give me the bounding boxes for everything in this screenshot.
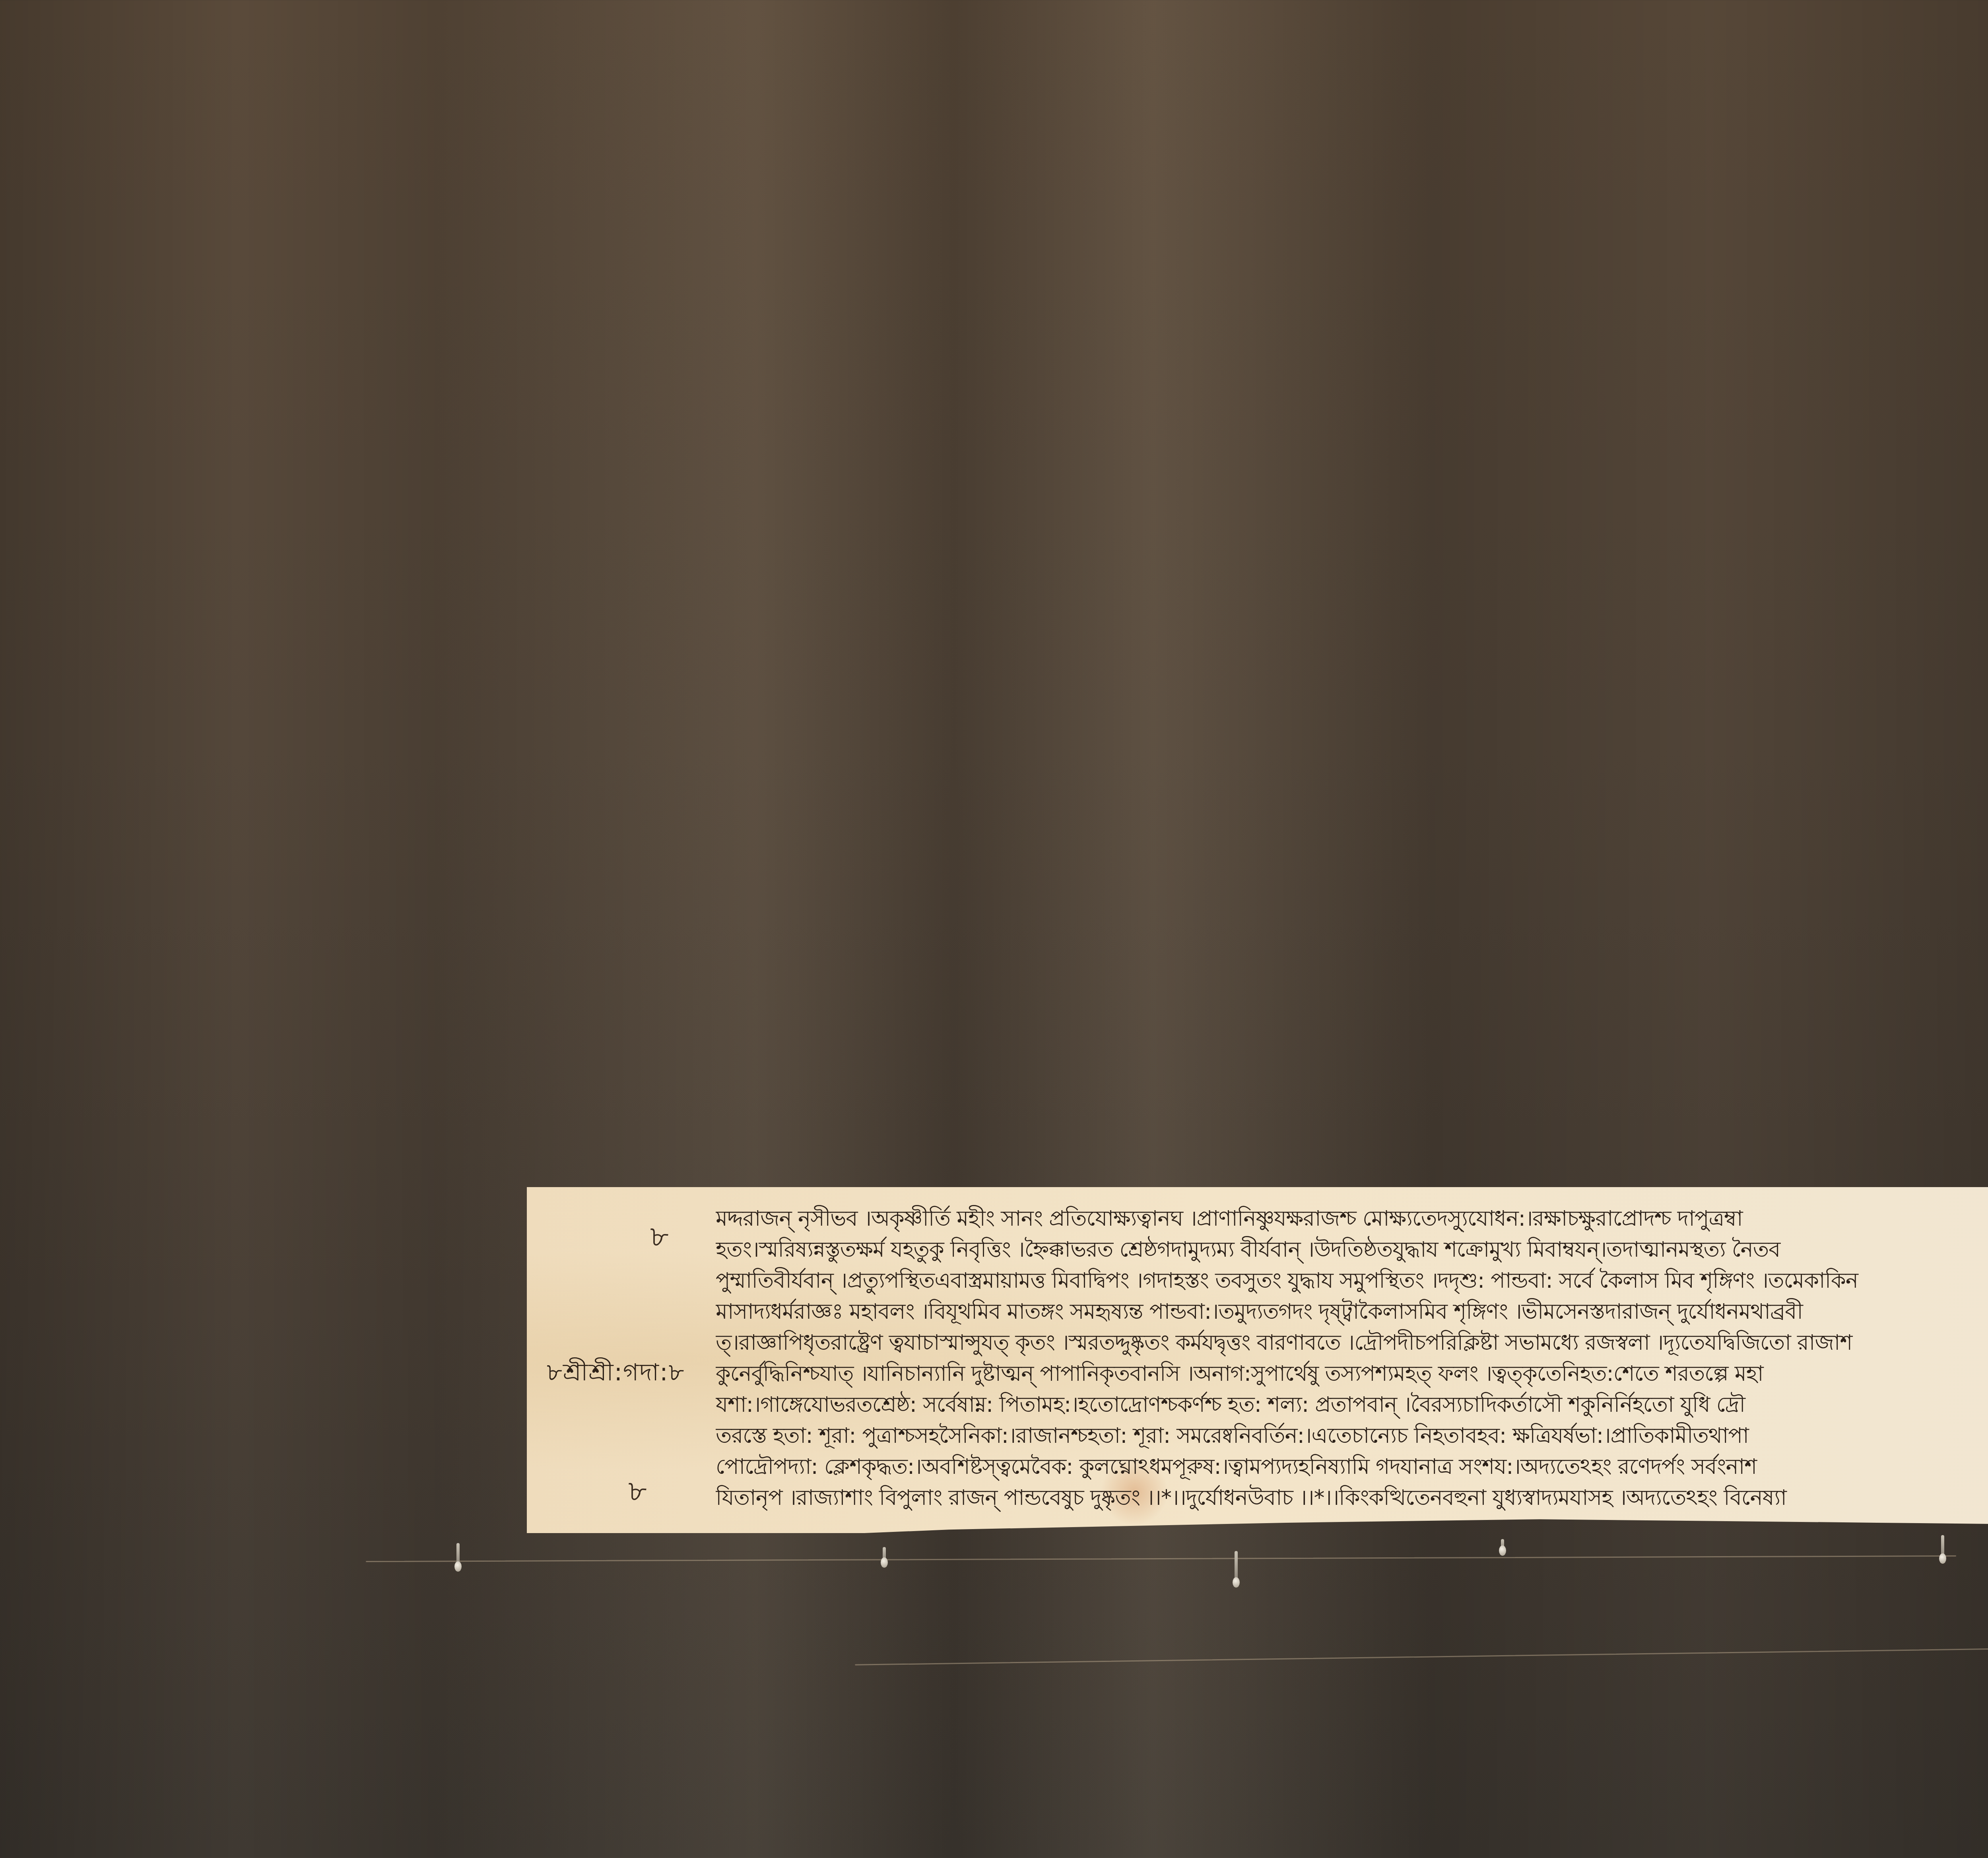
- text-line: মাসাদ্যধর্মরাজ্ঞঃ মহাবলং ।বিযূথমিব মাতঙ্…: [716, 1296, 1988, 1327]
- margin-mark-bottom-left: ৮: [628, 1469, 647, 1517]
- text-line: যশা:।গাঙ্গেযোভরতশ্রেষ্ঠ: সর্বেষাম্ন: পিত…: [716, 1389, 1988, 1420]
- pin-icon: [1941, 1535, 1944, 1559]
- pin-icon: [883, 1547, 886, 1563]
- chalk-guide-line: [366, 1555, 1956, 1562]
- margin-mark-top-left: ৮: [650, 1215, 669, 1263]
- pin-icon: [1235, 1551, 1238, 1583]
- text-line: কুনের্বুদ্ধিনিশ্চযাত্ ।যানিচান্যানি দুষ্…: [716, 1358, 1988, 1389]
- text-line: তরস্তে হতা: শূরা: পুত্রাশ্চসহসৈনিকা:।রাজ…: [716, 1420, 1988, 1451]
- pin-icon: [1501, 1539, 1504, 1551]
- text-line: ত্।রাজ্ঞাপিধৃতরাষ্ট্রেণ ত্বযাচাস্মান্সুয…: [716, 1327, 1988, 1358]
- folio-label-left: ৮শ্রীশ্রী:গদা:৮: [547, 1354, 685, 1394]
- manuscript-leaf: ৮ ৮ ৮ ৮ ৮শ্রীশ্রী:গদা:৮ অ:৪শ্রী::৮ মদ্দর…: [527, 1187, 1988, 1533]
- text-line: যিতানৃপ ।রাজ্যাশাং বিপুলাং রাজন্ পান্ডবে…: [716, 1482, 1988, 1513]
- pin-icon: [456, 1543, 460, 1567]
- text-line: পুম্মাতিবীর্যবান্ ।প্রত্যুপস্থিতএবাস্ত্র…: [716, 1265, 1988, 1296]
- text-line: হতং।স্মরিষ্যন্নস্তুতক্ষর্ম যহতুকু নিবৃত্…: [716, 1234, 1988, 1265]
- dark-display-board: ৮ ৮ ৮ ৮ ৮শ্রীশ্রী:গদা:৮ অ:৪শ্রী::৮ মদ্দর…: [0, 0, 1988, 1858]
- text-line: মদ্দরাজন্ নৃসীভব ।অকৃষ্ণীর্তি মহীং সানং …: [716, 1203, 1988, 1234]
- manuscript-text: মদ্দরাজন্ নৃসীভব ।অকৃষ্ণীর্তি মহীং সানং …: [716, 1203, 1988, 1513]
- text-line: পোদ্রৌপদ্যা: ক্লেশকৃদ্ধত:।অবশিষ্টস্ত্বমে…: [716, 1451, 1988, 1482]
- chalk-guide-line: [855, 1644, 1988, 1666]
